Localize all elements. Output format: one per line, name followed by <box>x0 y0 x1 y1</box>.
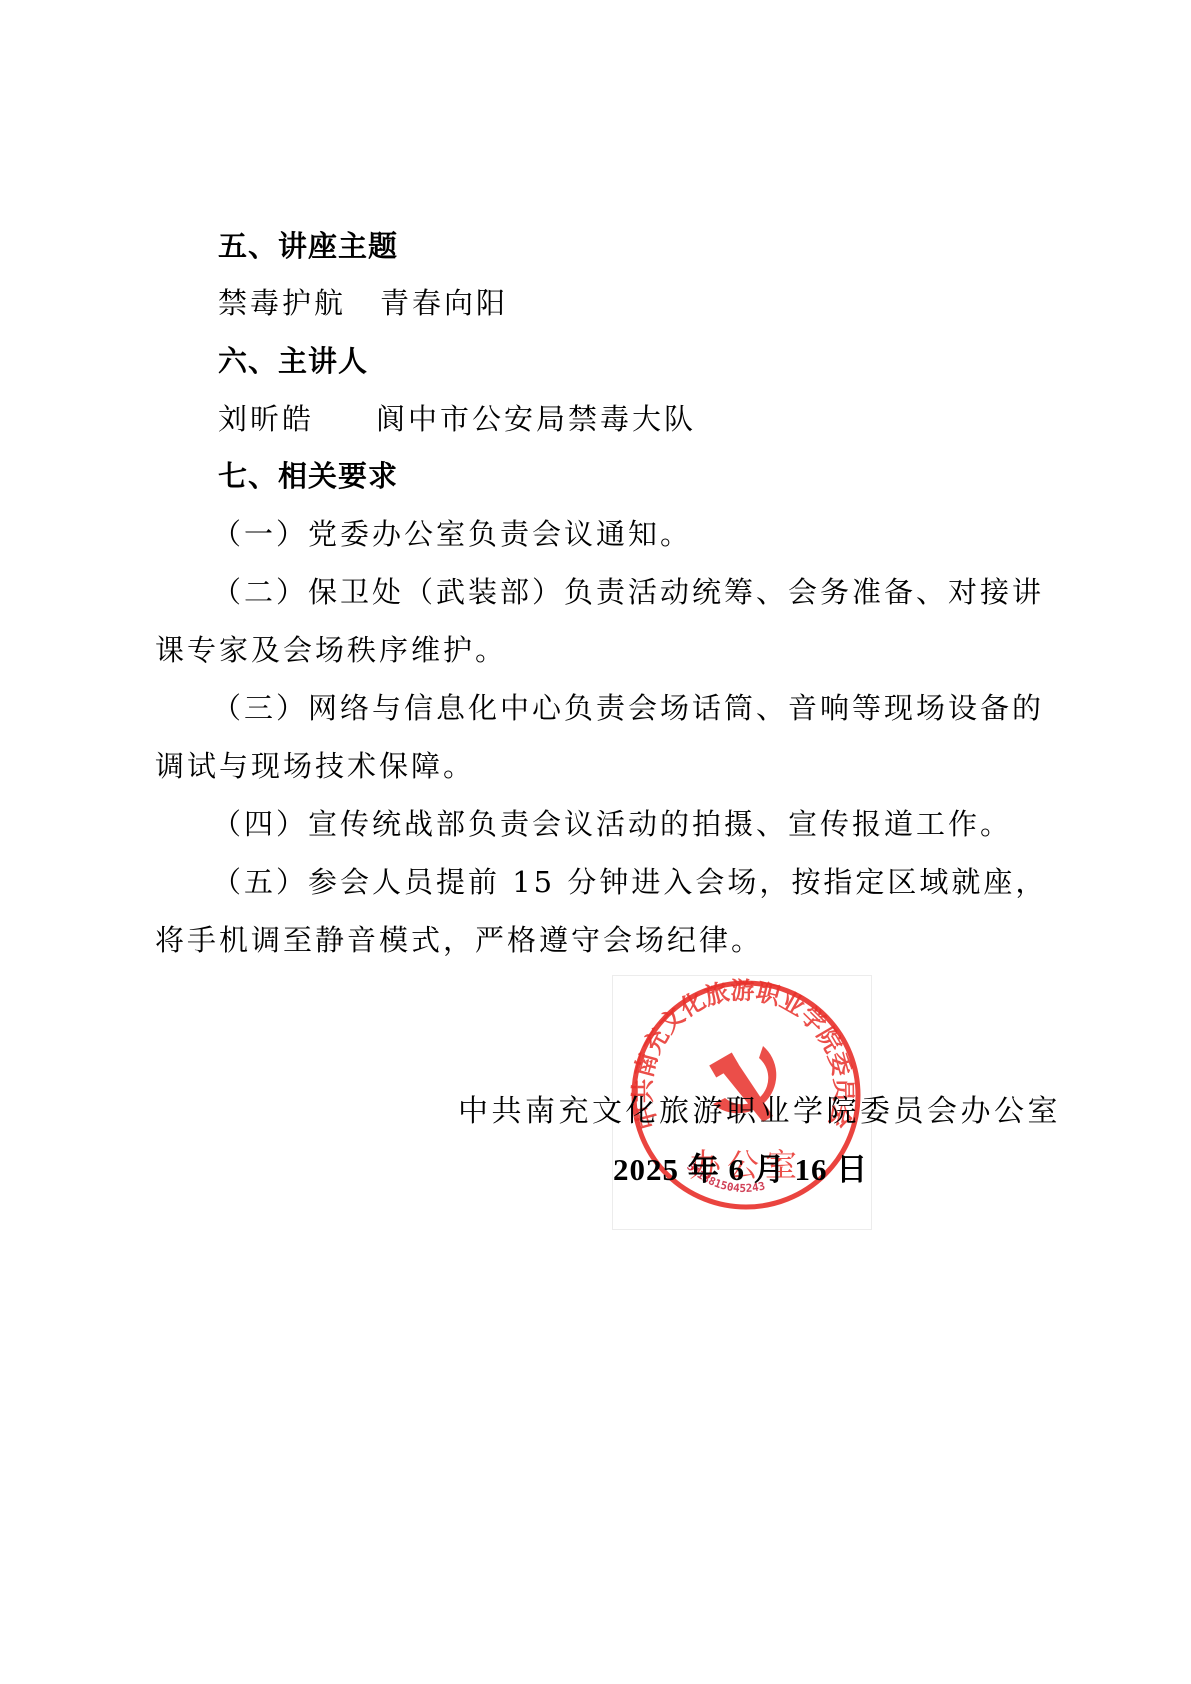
lecture-theme: 禁毒护航青春向阳 <box>218 285 508 321</box>
signature-organization: 中共南充文化旅游职业学院委员会办公室 <box>458 1094 1061 1130</box>
requirement-3-line-1: （三）网络与信息化中心负责会场话筒、音响等现场设备的 <box>212 690 1044 726</box>
requirement-5-line-1: （五）参会人员提前 15 分钟进入会场，按指定区域就座， <box>212 864 1047 900</box>
lecture-theme-part-2: 青春向阳 <box>380 286 508 320</box>
signature-date: 2025 年 6 月 16 日 <box>613 1152 868 1188</box>
section-heading-speaker: 六、主讲人 <box>218 343 368 379</box>
requirement-3-line-2: 调试与现场技术保障。 <box>155 748 475 784</box>
speaker-name: 刘昕皓 <box>218 402 314 436</box>
section-heading-requirements: 七、相关要求 <box>218 458 398 494</box>
requirement-4: （四）宣传统战部负责会议活动的拍摄、宣传报道工作。 <box>212 806 1012 842</box>
requirement-5-line-2: 将手机调至静音模式，严格遵守会场纪律。 <box>155 922 763 958</box>
section-heading-lecture-theme: 五、讲座主题 <box>218 228 398 264</box>
requirement-2-line-1: （二）保卫处（武装部）负责活动统筹、会务准备、对接讲 <box>212 574 1044 610</box>
speaker-info: 刘昕皓阆中市公安局禁毒大队 <box>218 401 696 437</box>
lecture-theme-part-1: 禁毒护航 <box>218 286 346 320</box>
requirement-2-line-2: 课专家及会场秩序维护。 <box>155 632 507 668</box>
speaker-affiliation: 阆中市公安局禁毒大队 <box>376 402 696 436</box>
requirement-1: （一）党委办公室负责会议通知。 <box>212 516 692 552</box>
